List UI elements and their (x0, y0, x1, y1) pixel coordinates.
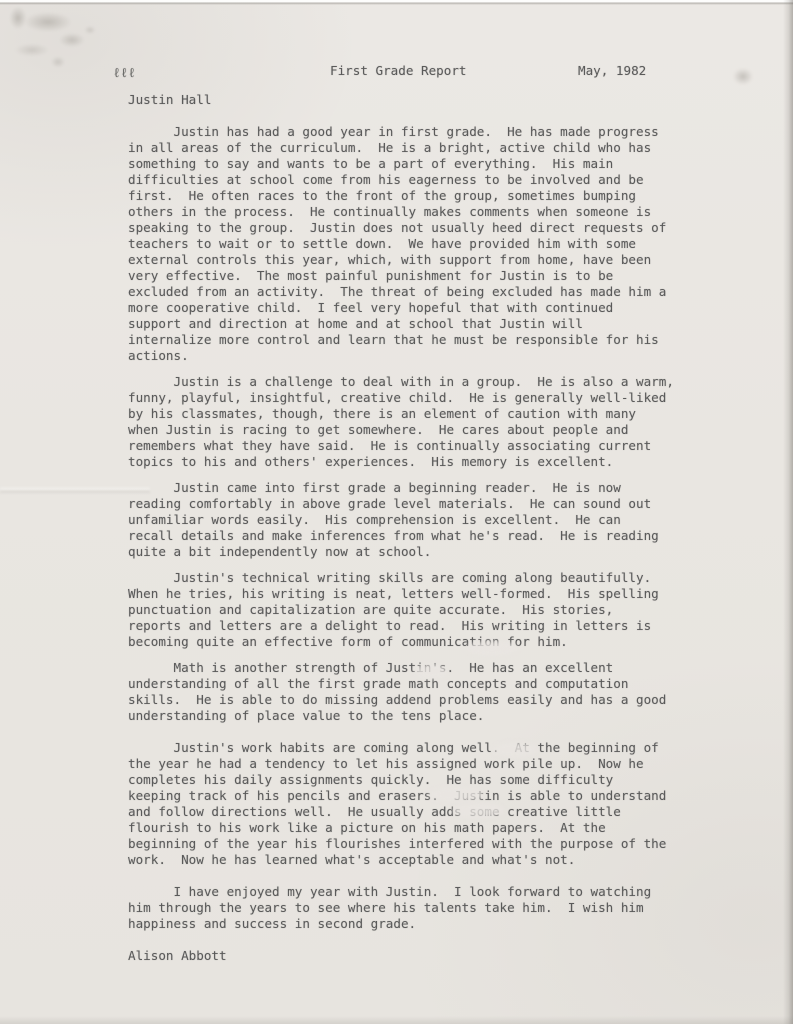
paragraph-reading: Justin came into first grade a beginning… (128, 480, 688, 560)
report-title: First Grade Report (330, 63, 466, 79)
student-name: Justin Hall (128, 92, 211, 108)
paragraph-closing: I have enjoyed my year with Justin. I lo… (128, 884, 688, 932)
paragraph-math: Math is another strength of Justin's. He… (128, 660, 688, 724)
paragraph-social: Justin is a challenge to deal with in a … (128, 374, 688, 470)
faded-ink-spot (466, 641, 518, 656)
faded-ink-spot (428, 787, 484, 802)
faded-ink-spot (414, 664, 448, 679)
corner-mark: ℓℓℓ (113, 65, 136, 81)
report-header: ℓℓℓ First Grade Report May, 1982 (0, 63, 793, 79)
paragraph-work-habits: Justin's work habits are coming along we… (128, 740, 688, 868)
report-body: Justin has had a good year in first grad… (128, 124, 688, 964)
report-date: May, 1982 (578, 63, 646, 79)
scanned-report-page: ℓℓℓ First Grade Report May, 1982 Justin … (0, 0, 793, 1024)
paragraph-writing: Justin's technical writing skills are co… (128, 570, 688, 650)
scan-bottom-edge (0, 1016, 793, 1024)
teacher-signature: Alison Abbott (128, 948, 688, 964)
faded-ink-spot (492, 742, 538, 757)
scan-right-edge (783, 0, 793, 1024)
paragraph-overview: Justin has had a good year in first grad… (128, 124, 688, 364)
faded-ink-spot (452, 803, 504, 818)
